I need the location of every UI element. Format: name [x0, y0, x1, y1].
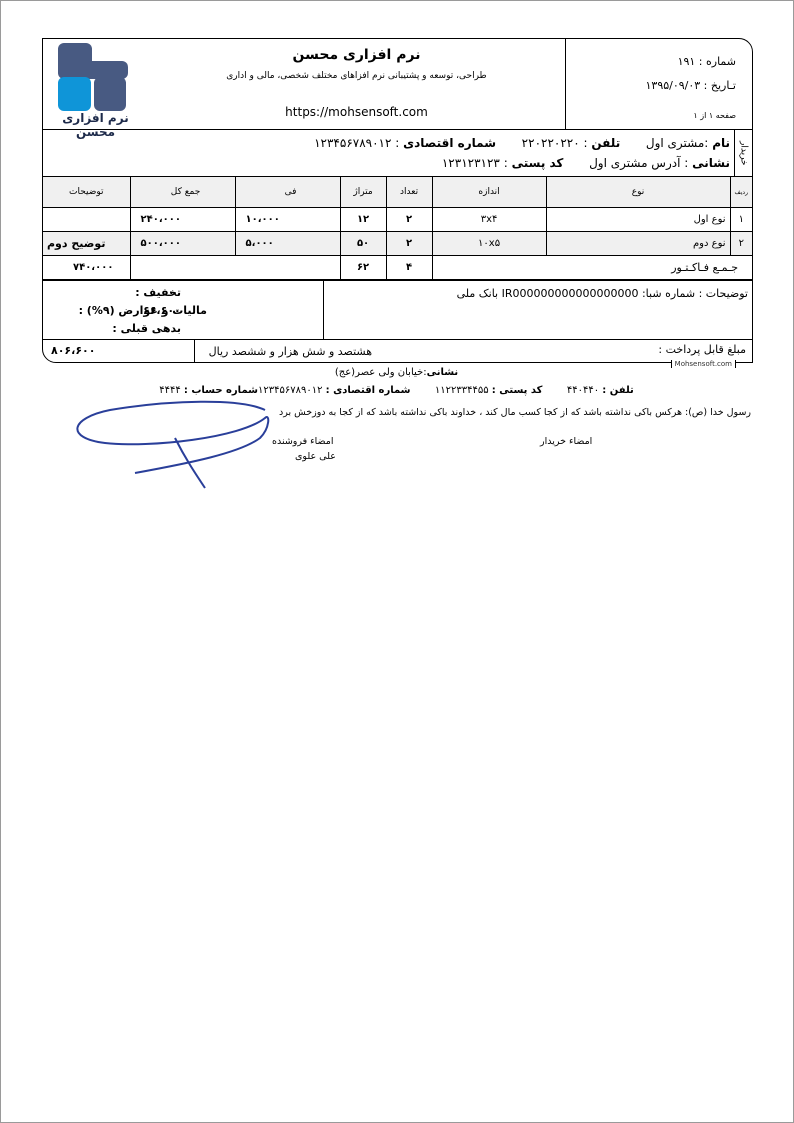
totals-qty: ۴ [386, 256, 432, 280]
buyer-name: :مشتری اول [646, 136, 708, 150]
adjustments: تخفیف : ۰ مالیات و عوارض (۹%) : ۶۶،۶۰۰ ب… [43, 281, 324, 339]
buyer-phone: : ۲۲۰۲۲۰۲۲۰ [522, 136, 588, 150]
totals-amount: ۷۴۰،۰۰۰ [43, 256, 130, 280]
signature-icon [70, 398, 280, 493]
items-table: ردیف نوع اندازه تعداد متراژ فی جمع کل تو… [43, 177, 752, 280]
invoice-date: تـاریخ : ۱۳۹۵/۰۹/۰۳ [646, 79, 737, 92]
payable-amount: ۸۰۶،۶۰۰ [43, 340, 195, 362]
seller-contacts: تلفن : ۴۴۰۴۴۰ کد پستی : ۱۱۲۲۳۳۴۴۵۵ شماره… [42, 385, 751, 396]
logo-shape-icon [94, 77, 126, 111]
company-website[interactable]: https://mohsensoft.com [148, 105, 565, 119]
cell-index: ۲ [730, 232, 752, 256]
payable-section: مبلغ قابل پرداخت : هشتصد و شش هزار و ششص… [43, 340, 752, 362]
seller-signature-label: امضاء فروشنده [272, 436, 334, 447]
col-desc: توضیحات [43, 177, 130, 208]
cell-area: ۱۲ [340, 208, 386, 232]
logo-text: نرم افزاری محسن [47, 111, 144, 139]
seller-address: نشانی:خیابان ولی عصر(عج) [42, 367, 751, 378]
cell-fee: ۵،۰۰۰ [235, 232, 340, 256]
company-tagline: طراحی، توسعه و پشتیبانی نرم افزاهای مختل… [148, 71, 565, 81]
cell-type: نوع دوم [546, 232, 730, 256]
col-area: متراژ [340, 177, 386, 208]
buyer-signature-label: امضاء خریدار [540, 436, 592, 447]
table-row: ۱ نوع اول ۳x۴ ۲ ۱۲ ۱۰،۰۰۰ ۲۴۰،۰۰۰ [43, 208, 752, 232]
logo-shape-icon [58, 77, 91, 111]
col-fee: فی [235, 177, 340, 208]
totals-row: جـمـع فـاکـتـور ۴ ۶۲ ۷۴۰،۰۰۰ [43, 256, 752, 280]
tax-value: ۶۶،۶۰۰ [143, 302, 181, 320]
table-row: ۲ نوع دوم ۱۰x۵ ۲ ۵۰ ۵،۰۰۰ ۵۰۰،۰۰۰ توضیح … [43, 232, 752, 256]
buyer-econ-label: شماره اقتصادی [403, 136, 496, 150]
buyer-postal: : ۱۲۳۱۲۳۱۲۳ [442, 156, 508, 170]
seller-name: علی علوی [295, 451, 336, 462]
seller-account-label: شماره حساب : [184, 385, 258, 396]
cell-total: ۵۰۰،۰۰۰ [130, 232, 235, 256]
buyer-phone-label: تلفن [591, 136, 620, 150]
cell-area: ۵۰ [340, 232, 386, 256]
items-section: ردیف نوع اندازه تعداد متراژ فی جمع کل تو… [43, 177, 752, 281]
invoice: شماره : ۱۹۱ تـاریخ : ۱۳۹۵/۰۹/۰۳ صفحه ۱ ا… [42, 38, 753, 363]
invoice-header: شماره : ۱۹۱ تـاریخ : ۱۳۹۵/۰۹/۰۳ صفحه ۱ ا… [43, 39, 752, 130]
seller-econ-label: شماره اقتصادی : [326, 385, 411, 396]
cell-size: ۳x۴ [432, 208, 546, 232]
payable-words: هشتصد و شش هزار و ششصد ریال [209, 345, 372, 358]
company-logo: نرم افزاری محسن [43, 39, 148, 129]
buyer-tag: خریدار [734, 130, 752, 176]
seller-postal-label: کد پستی : [492, 385, 543, 396]
company-name: نرم افزاری محسن [148, 47, 565, 63]
notes-section: توضیحات : شماره شبا: IR00000000000000000… [43, 281, 752, 340]
col-size: اندازه [432, 177, 546, 208]
buyer-name-label: نام [712, 136, 730, 150]
totals-label: جـمـع فـاکـتـور [432, 256, 752, 280]
invoice-meta: شماره : ۱۹۱ تـاریخ : ۱۳۹۵/۰۹/۰۳ صفحه ۱ ا… [565, 39, 752, 129]
buyer-econ: : ۱۲۳۴۵۶۷۸۹۰۱۲ [314, 136, 399, 150]
cell-fee: ۱۰،۰۰۰ [235, 208, 340, 232]
seller-phone: ۴۴۰۴۴۰ [567, 385, 599, 396]
cell-desc: توضیح دوم [43, 232, 130, 256]
notes-text: توضیحات : شماره شبا: IR00000000000000000… [324, 281, 752, 339]
cell-type: نوع اول [546, 208, 730, 232]
buyer-section: خریدار نام :مشتری اول تلفن : ۲۲۰۲۲۰۲۲۰ ش… [43, 130, 752, 177]
seller-postal: ۱۱۲۲۳۳۴۴۵۵ [435, 385, 489, 396]
seller-address-label: نشانی [427, 367, 459, 378]
buyer-address: : آدرس مشتری اول [589, 156, 688, 170]
cell-qty: ۲ [386, 208, 432, 232]
table-header-row: ردیف نوع اندازه تعداد متراژ فی جمع کل تو… [43, 177, 752, 208]
cell-qty: ۲ [386, 232, 432, 256]
discount-value: ۰ [168, 284, 175, 302]
col-total: جمع کل [130, 177, 235, 208]
prev-debt-label: بدهی قبلی : [112, 320, 181, 338]
seller-econ: ۱۲۳۴۵۶۷۸۹۰۱۲ [258, 385, 322, 396]
col-qty: تعداد [386, 177, 432, 208]
cell-total: ۲۴۰،۰۰۰ [130, 208, 235, 232]
cell-size: ۱۰x۵ [432, 232, 546, 256]
buyer-address-label: نشانی [692, 156, 730, 170]
page-indicator: صفحه ۱ از ۱ [693, 111, 736, 120]
buyer-details: نام :مشتری اول تلفن : ۲۲۰۲۲۰۲۲۰ شماره اق… [43, 130, 734, 176]
totals-area: ۶۲ [340, 256, 386, 280]
col-type: نوع [546, 177, 730, 208]
seller-address-value: :خیابان ولی عصر(عج) [335, 367, 427, 378]
company-info: نرم افزاری محسن طراحی، توسعه و پشتیبانی … [148, 39, 565, 129]
col-index: ردیف [730, 177, 752, 208]
totals-spacer [130, 256, 340, 280]
buyer-postal-label: کد پستی [512, 156, 564, 170]
seller-phone-label: تلفن : [602, 385, 634, 396]
prev-debt-value: ۰ [155, 320, 162, 338]
invoice-number: شماره : ۱۹۱ [678, 55, 736, 68]
cell-desc [43, 208, 130, 232]
cell-index: ۱ [730, 208, 752, 232]
seller-account: ۴۴۴۴ [159, 385, 180, 396]
